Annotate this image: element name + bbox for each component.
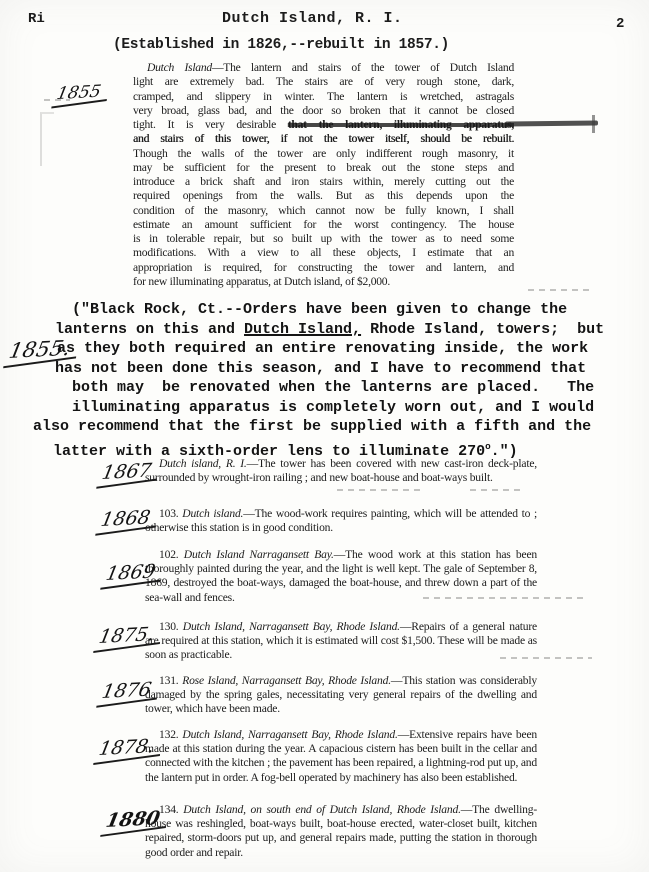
entry-1878: 132. Dutch Island, Narragansett Bay, Rho… [145,728,537,785]
paragraph-line: may be sufficient for the present to bre… [133,161,514,175]
paragraph-text: —The lantern and stairs of the tower of … [212,61,514,74]
struck-through-phrase: that the lantern, illuminating apparatus… [288,118,514,131]
entry-number: 131. [159,674,179,687]
entry-1880: 134. Dutch Island, on south end of Dutch… [145,803,537,860]
paragraph-line: estimate an amount sufficient for the wo… [133,218,514,232]
typed-quote-block: ("Black Rock, Ct.--Orders have been give… [33,300,633,461]
ink-smear-hook [592,115,595,133]
page-title: Dutch Island, R. I. [222,10,403,27]
scan-artifact [423,597,583,599]
margin-year-1869: 1869 [104,560,157,585]
report-1855-paragraph: Dutch Island—The lantern and stairs of t… [133,61,514,289]
paragraph-line: Though the walls of the tower are only i… [133,147,514,161]
scan-artifact [44,99,70,101]
margin-year-1867: 1867 [100,459,153,484]
scanned-document-page: Ri Dutch Island, R. I. 2 (Established in… [0,0,649,872]
margin-year-1855-typed: 1855. [7,336,73,363]
entry-number: 103. [159,507,179,520]
entry-station-name: Dutch Island Narragansett Bay. [184,548,334,561]
typed-text: lanterns on this and [55,321,244,338]
entry-number: 102. [159,548,179,561]
margin-year-1876: 1876 [100,678,153,703]
paragraph-line: modifications. With a view to all these … [133,246,514,260]
entry-station-name: Dutch Island, Narragansett Bay, Rhode Is… [182,728,397,741]
paragraph-line: tight. It is very desirable that the lan… [133,118,514,132]
corner-label: Ri [28,11,45,27]
margin-year-1880: 1880 [104,807,162,832]
entry-station-name: Dutch island, R. I. [159,457,247,470]
paragraph-line: very broad, glass bad, and the door so b… [133,104,514,118]
established-line: (Established in 1826,--rebuilt in 1857.) [113,37,449,53]
page-number: 2 [616,16,624,32]
scan-artifact [337,489,423,491]
ink-smear [505,121,598,127]
typed-line: as they both required an entire renovati… [33,339,633,359]
entry-station-name: Dutch Island, on south end of Dutch Isla… [183,803,461,816]
entry-1868: 103. Dutch island.—The wood-work require… [145,507,537,535]
paragraph-line: introduce a brick shaft and iron stairs … [133,175,514,189]
margin-year-1868: 1868 [99,506,152,531]
paragraph-line: light are extremely bad. The stairs are … [133,75,514,89]
entry-number: 130. [159,620,179,633]
entry-number: 134. [159,803,179,816]
typed-line: lanterns on this and Dutch Island, Rhode… [33,320,633,340]
entry-station-name: Rose Island, Narragansett Bay, Rhode Isl… [182,674,391,687]
paragraph-line: cramped, and slippery in winter. The lan… [133,90,514,104]
typed-line: both may be renovated when the lanterns … [33,378,633,398]
margin-year-1878: 1878. [97,735,156,760]
station-name-italic: Dutch Island [147,61,212,74]
paragraph-line: Dutch Island—The lantern and stairs of t… [133,61,514,75]
entry-1875: 130. Dutch Island, Narragansett Bay, Rho… [145,620,537,663]
entry-1867: Dutch island, R. I.—The tower has been c… [145,457,537,485]
paragraph-line: condition of the masonry, which cannot n… [133,204,514,218]
scan-artifact [528,289,590,291]
entry-1876: 131. Rose Island, Narragansett Bay, Rhod… [145,674,537,717]
margin-year-1875: 1875. [97,623,156,648]
typed-line: illuminating apparatus is completely wor… [33,398,633,418]
scan-artifact [470,489,522,491]
underlined-station-name: Dutch Island, [244,321,361,338]
scan-artifact [40,112,54,166]
paragraph-line: required openings from the walls. But as… [133,189,514,203]
entry-station-name: Dutch island. [182,507,243,520]
typed-line: ("Black Rock, Ct.--Orders have been give… [33,300,633,320]
paragraph-line: for new illuminating apparatus, at Dutch… [133,275,514,289]
entry-station-name: Dutch Island, Narragansett Bay, Rhode Is… [183,620,400,633]
paragraph-line: appropriation is required, for construct… [133,261,514,275]
paragraph-line: is in tolerable repair, but so built up … [133,232,514,246]
paragraph-line: and stairs of this tower, if not the tow… [133,132,514,146]
entry-number: 132. [159,728,179,741]
typed-text: Rhode Island, towers; but [361,321,604,338]
typed-line: has not been done this season, and I hav… [33,359,633,379]
paragraph-text: tight. It is very desirable [133,118,288,131]
scan-artifact [500,657,592,659]
typed-line: also recommend that the first be supplie… [33,417,633,437]
